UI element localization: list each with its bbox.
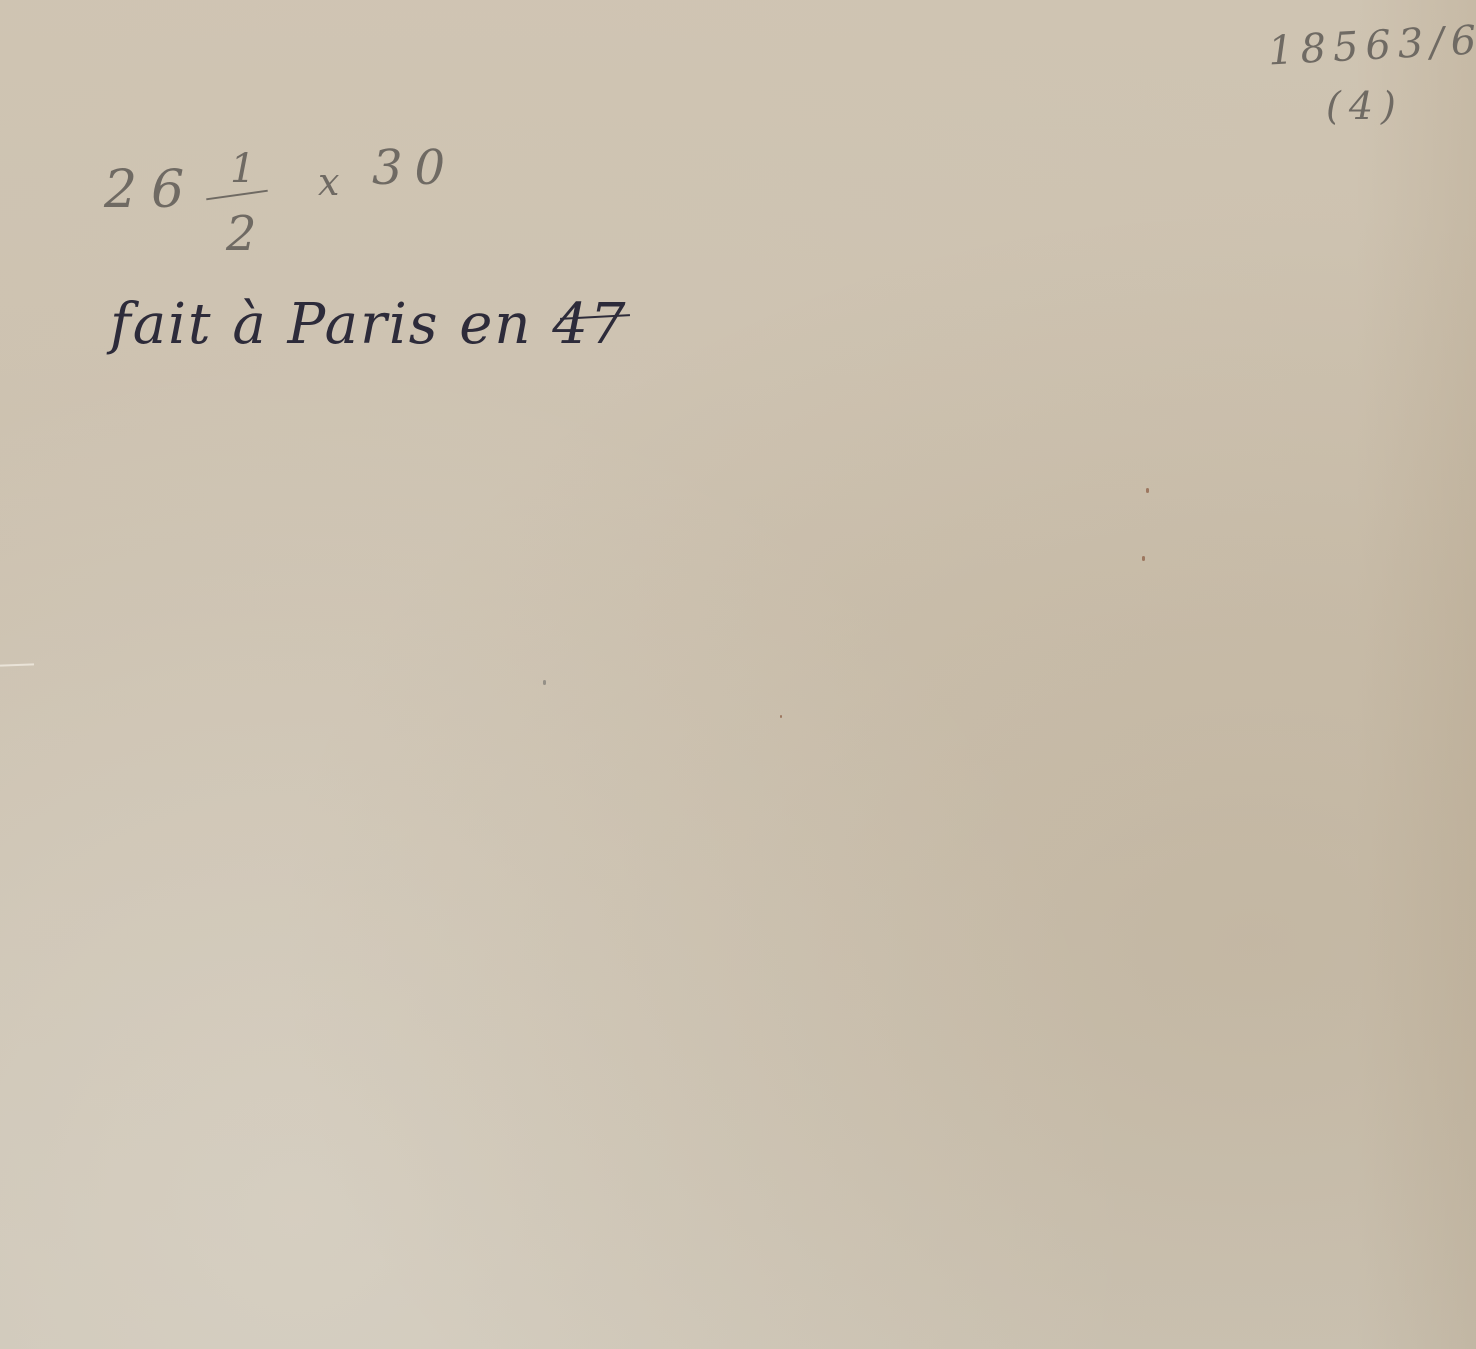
fraction-numerator: 1 [230,146,261,192]
provenance-note: fait à Paris en 47 [110,292,628,357]
paper-crease [0,663,34,666]
dimension-times-sign: x [318,160,345,204]
paper-speck [780,715,782,718]
reference-sub-number: (4) [1326,84,1404,128]
paper-speck [1146,488,1149,493]
dimension-other: 30 [372,140,457,196]
paper-shading [1356,0,1476,1349]
paper-speck [543,680,546,685]
paper-speck [1142,556,1145,561]
dimension-whole: 26 [104,160,198,220]
paper-sheet: 18563/67 (4) 26 1 2 x 30 fait à Paris en… [0,0,1476,1349]
dimension-fraction: 1 2 [206,146,268,266]
fraction-denominator: 2 [226,206,263,262]
